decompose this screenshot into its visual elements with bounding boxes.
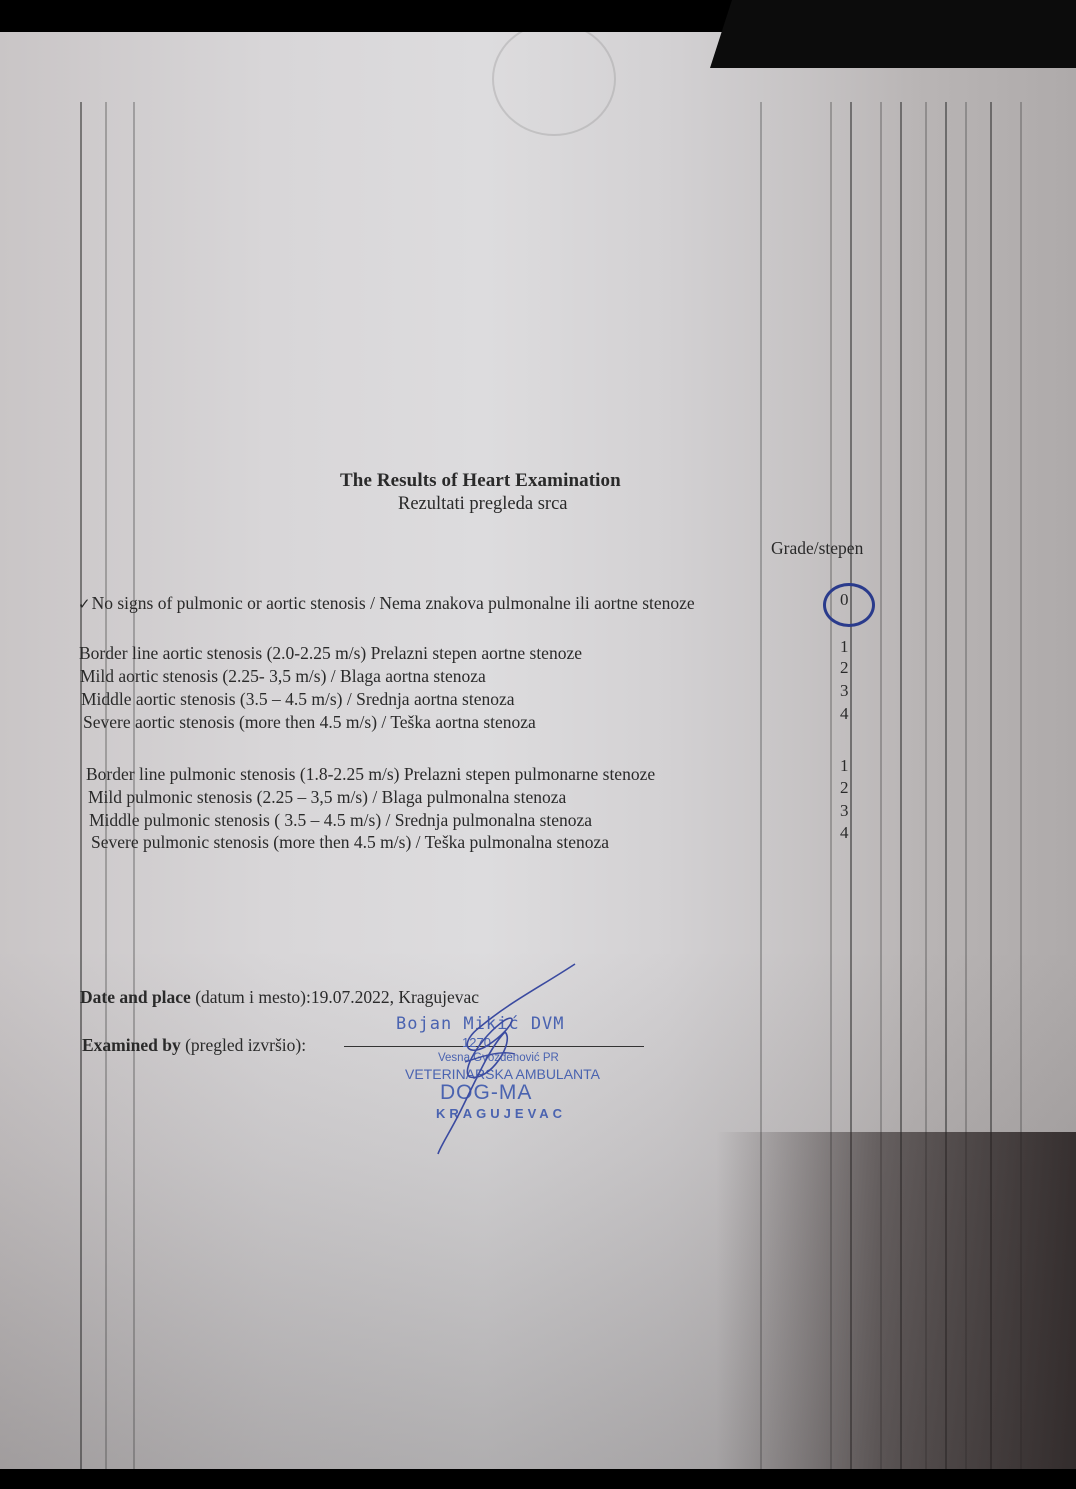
grade-0: 0 — [840, 590, 849, 610]
aortic-grade: 1 — [840, 637, 849, 657]
examined-by-label-local: (pregled izvršio): — [185, 1035, 306, 1055]
examined-by-label: Examined by — [82, 1035, 181, 1055]
no-signs-text: No signs of pulmonic or aortic stenosis … — [92, 593, 695, 613]
pulmonic-grade: 3 — [840, 801, 849, 821]
aortic-row: Border line aortic stenosis (2.0-2.25 m/… — [79, 643, 582, 664]
aortic-row: Middle aortic stenosis (3.5 – 4.5 m/s) /… — [81, 689, 515, 710]
document-subtitle: Rezultati pregleda srca — [398, 494, 568, 515]
no-signs-row: ✓No signs of pulmonic or aortic stenosis… — [78, 593, 695, 614]
aortic-grade: 3 — [840, 681, 849, 701]
pulmonic-row: Border line pulmonic stenosis (1.8-2.25 … — [86, 764, 655, 785]
selected-grade-circle — [823, 583, 875, 627]
pulmonic-row: Severe pulmonic stenosis (more then 4.5 … — [91, 832, 609, 853]
aortic-row: Mild aortic stenosis (2.25- 3,5 m/s) / B… — [80, 666, 486, 687]
handwritten-signature — [420, 962, 590, 1162]
document-photo: The Results of Heart Examination Rezulta… — [0, 32, 1076, 1469]
aortic-row: Severe aortic stenosis (more then 4.5 m/… — [83, 712, 536, 733]
document-title: The Results of Heart Examination — [340, 470, 621, 492]
date-place-label: Date and place — [80, 987, 191, 1007]
pulmonic-row: Middle pulmonic stenosis ( 3.5 – 4.5 m/s… — [89, 810, 592, 831]
document-content: The Results of Heart Examination Rezulta… — [0, 32, 1076, 1469]
examined-by-row: Examined by (pregled izvršio): — [82, 1035, 306, 1056]
aortic-grade: 4 — [840, 704, 849, 724]
grade-column-header: Grade/stepen — [771, 538, 863, 559]
pulmonic-grade: 1 — [840, 756, 849, 776]
date-place-label-local: (datum i mesto): — [195, 987, 311, 1007]
pulmonic-grade: 4 — [840, 823, 849, 843]
pulmonic-row: Mild pulmonic stenosis (2.25 – 3,5 m/s) … — [88, 787, 566, 808]
pulmonic-grade: 2 — [840, 778, 849, 798]
checkmark-icon: ✓ — [78, 595, 91, 613]
aortic-grade: 2 — [840, 658, 849, 678]
